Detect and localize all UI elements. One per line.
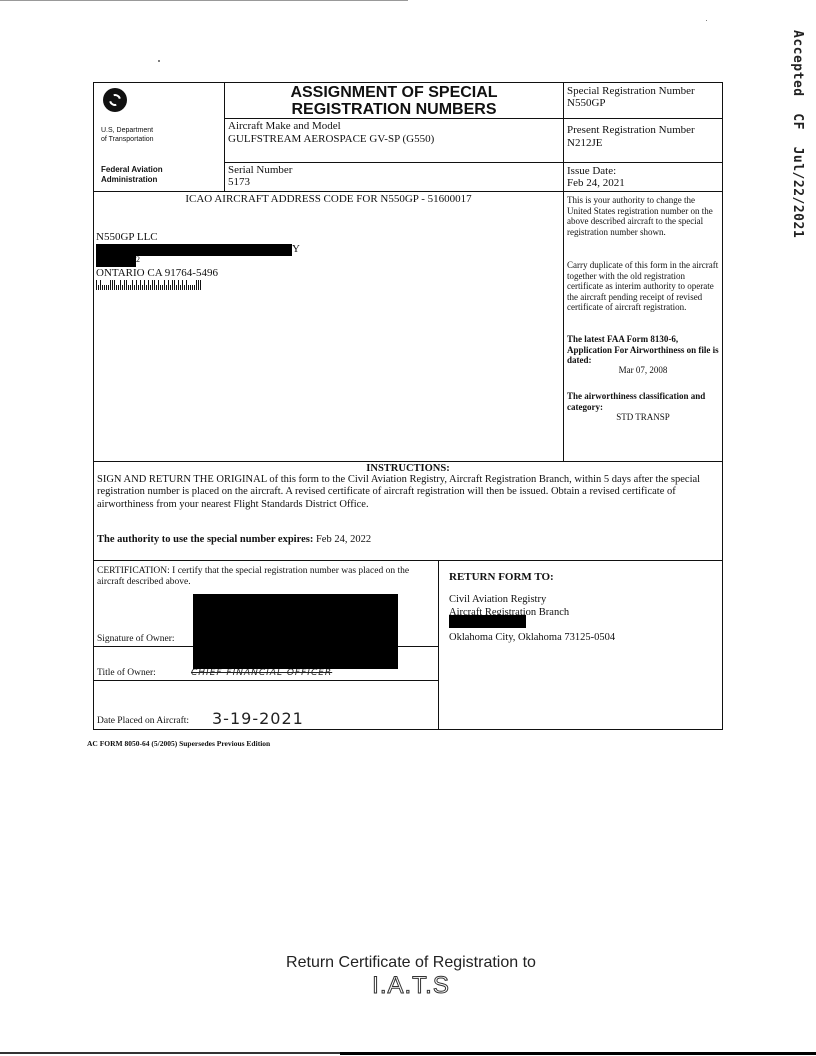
scan-speck — [158, 60, 160, 62]
classification-label: The airworthiness classification and cat… — [567, 391, 719, 412]
instructions-body: SIGN AND RETURN THE ORIGINAL of this for… — [97, 474, 718, 511]
form-footer: AC FORM 8050-64 (5/2005) Supersedes Prev… — [87, 739, 270, 748]
dot-logo-icon — [103, 88, 127, 112]
agency-name: U.S, Department of Transportation — [101, 126, 154, 144]
return-heading: RETURN FORM TO: — [449, 571, 554, 583]
classification-value: STD TRANSP — [564, 412, 722, 423]
present-reg-cell: Present Registration Number N212JE — [563, 118, 723, 163]
serial-cell: Serial Number 5173 — [224, 162, 564, 192]
owner-title-value: CHIEF FINANCIAL OFFICER — [191, 668, 332, 678]
issue-date-value: Feb 24, 2021 — [567, 177, 625, 190]
expiry-line: The authority to use the special number … — [97, 534, 371, 545]
scan-speck — [706, 20, 707, 21]
serial-value: 5173 — [228, 176, 250, 189]
instructions-title: INSTRUCTIONS: — [94, 463, 722, 474]
owner-address-line3: 2 — [96, 255, 218, 267]
redaction-block — [449, 615, 526, 628]
certification-cell: CERTIFICATION: I certify that the specia… — [93, 560, 439, 730]
date-placed-value: 3-19-2021 — [212, 709, 304, 728]
carry-note: Carry duplicate of this form in the airc… — [567, 260, 719, 313]
return-stamp-line2: I.A.T.S — [0, 972, 816, 1000]
notes-cell: This is your authority to change the Uni… — [563, 191, 723, 462]
form-title: ASSIGNMENT OF SPECIAL REGISTRATION NUMBE… — [225, 84, 563, 118]
special-reg-cell: Special Registration Number N550GP — [563, 82, 723, 119]
return-stamp-line1: Return Certificate of Registration to — [0, 954, 816, 972]
instructions-cell: INSTRUCTIONS: SIGN AND RETURN THE ORIGIN… — [93, 461, 723, 561]
owner-address-cell: ICAO AIRCRAFT ADDRESS CODE FOR N550GP - … — [93, 191, 564, 462]
present-reg-value: N212JE — [567, 137, 602, 150]
postal-barcode — [96, 280, 218, 290]
scan-edge-top — [0, 0, 408, 1]
signature-redaction — [193, 594, 398, 669]
expiry-label: The authority to use the special number … — [97, 534, 313, 545]
owner-city-line: ONTARIO CA 91764-5496 — [96, 267, 218, 279]
owner-name: N550GP LLC — [96, 231, 218, 243]
make-model-cell: Aircraft Make and Model GULFSTREAM AEROS… — [224, 118, 564, 163]
serial-label: Serial Number — [228, 164, 292, 176]
scan-edge-bottom-dark — [340, 1052, 816, 1055]
return-to-cell: RETURN FORM TO: Civil Aviation Registry … — [438, 560, 723, 730]
agency-cell: U.S, Department of Transportation Federa… — [93, 82, 224, 192]
icao-code-line: ICAO AIRCRAFT ADDRESS CODE FOR N550GP - … — [94, 193, 563, 205]
form-8130-date: Mar 07, 2008 — [564, 365, 722, 376]
make-model-value: GULFSTREAM AEROSPACE GV-SP (G550) — [228, 133, 434, 146]
owner-title-label: Title of Owner: — [97, 668, 156, 678]
issue-date-cell: Issue Date: Feb 24, 2021 — [563, 162, 723, 192]
return-address: Civil Aviation Registry Aircraft Registr… — [449, 594, 615, 644]
owner-address: N550GP LLC Y 2 ONTARIO CA 91764-5496 — [96, 231, 218, 290]
owner-address-line2: Y — [96, 243, 218, 255]
present-reg-label: Present Registration Number — [567, 124, 695, 136]
issue-date-label: Issue Date: — [567, 165, 616, 177]
date-placed-label: Date Placed on Aircraft: — [97, 716, 189, 726]
accepted-stamp: Accepted CF Jul/22/2021 — [790, 30, 805, 238]
authority-note: This is your authority to change the Uni… — [567, 195, 718, 237]
title-cell: ASSIGNMENT OF SPECIAL REGISTRATION NUMBE… — [224, 82, 564, 119]
form-8130-label: The latest FAA Form 8130-6, Application … — [567, 334, 719, 366]
special-reg-label: Special Registration Number — [567, 85, 695, 97]
redaction-block — [96, 255, 136, 267]
make-model-label: Aircraft Make and Model — [228, 120, 341, 132]
faa-name: Federal Aviation Administration — [101, 165, 163, 185]
expiry-value: Feb 24, 2022 — [316, 534, 371, 545]
certification-text: CERTIFICATION: I certify that the specia… — [97, 566, 434, 588]
signature-label: Signature of Owner: — [97, 634, 175, 644]
special-reg-value: N550GP — [567, 97, 606, 110]
